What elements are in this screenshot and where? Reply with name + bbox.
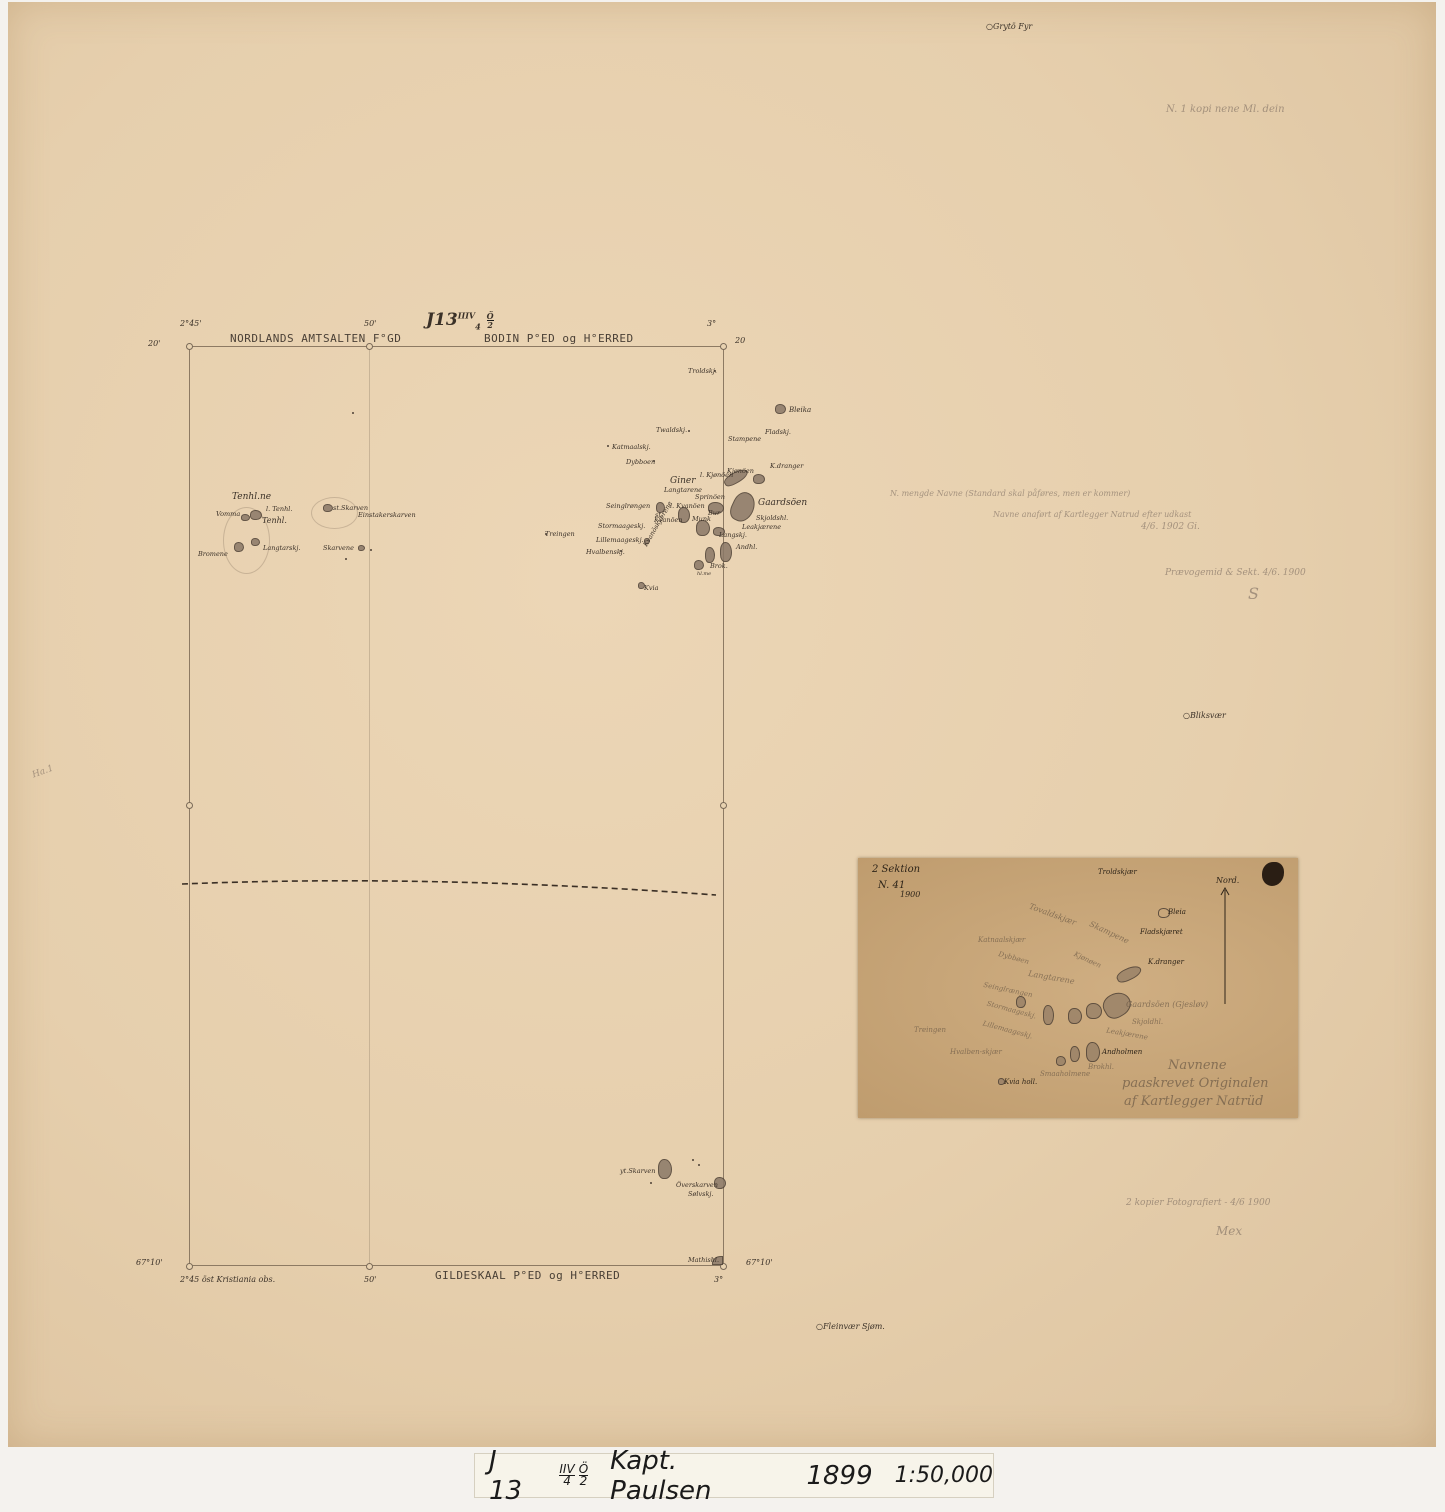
island-skarven (323, 504, 333, 512)
rock-dot (692, 1159, 694, 1161)
inset-label: Andholmen (1102, 1048, 1142, 1056)
inset-sketch-map: 2 Sektion N. 41 1900 Nord. Troldskjær Bl… (858, 858, 1298, 1118)
inset-label: Treingen (914, 1026, 946, 1034)
rock-dot (688, 430, 690, 432)
region-gildeskaal: GILDESKAAL P°ED og H°ERRED (435, 1269, 620, 1282)
inset-label: Fladskjæret (1140, 928, 1183, 936)
pencil-note-natrud: Navne anaført af Kartlegger Natrud efter… (993, 510, 1191, 519)
lat-label-bottom-right: 67°10' (746, 1258, 773, 1267)
inset-note: af Kartlegger Natrüd (1124, 1094, 1263, 1109)
inset-label: Dybbøen (997, 950, 1029, 966)
label-tenhl: Tenhl. (262, 516, 287, 525)
island-bleika (775, 404, 786, 414)
label-sprinoen: Sprinöen (695, 493, 725, 501)
rock-dot (698, 1164, 700, 1166)
label-l-kvanoen: l. Kvanöen (670, 502, 705, 510)
label-treingen: Treingen (545, 530, 575, 538)
place-gryto: ○Grytö Fyr (986, 22, 1032, 31)
lat-label-bottom-left: 67°10' (136, 1258, 163, 1267)
label-langtarskj: Langtarskj. (263, 544, 301, 552)
island-kdranger (753, 474, 765, 484)
inset-label: Skjoldhl. (1132, 1018, 1163, 1026)
inset-label: Seinglrængen (983, 981, 1034, 999)
label-brok: Brok. (710, 562, 728, 570)
inset-year: 1900 (900, 890, 920, 899)
inset-island (1068, 1008, 1082, 1024)
label-yt-skarven: yt.Skarven (620, 1167, 655, 1175)
pencil-note-copy: N. 1 kopi nene Ml. dein (1166, 104, 1285, 115)
inset-label: Bleia (1168, 908, 1186, 916)
pencil-initials: S (1248, 584, 1259, 603)
rock-dot (607, 445, 609, 447)
inset-label: Smaaholmene (1040, 1070, 1090, 1078)
label-stormaageskj: Stormaageskj. (598, 522, 645, 530)
label-twaldskj: Twaldskj. (656, 426, 687, 434)
label-year: 1899 (806, 1461, 872, 1491)
pencil-note-photographed: 2 kopier Fotografiert - 4/6 1900 (1126, 1198, 1270, 1208)
label-skjoldshl: Skjoldshl. (756, 514, 788, 522)
inset-note: paaskrevet Originalen (1122, 1076, 1269, 1091)
label-holmene: hl.me (697, 571, 711, 577)
label-bromene: Bromene (198, 550, 228, 558)
label-scale: 1:50,000 (895, 1463, 993, 1488)
inset-label: Troldskjær (1098, 868, 1137, 876)
label-code: J 13 (489, 1446, 537, 1506)
label-stampene: Stampene (728, 435, 761, 443)
lon-label-bottom-245: 2°45 öst Kristiania obs. (180, 1275, 275, 1284)
place-blikvaer: ○Bliksvær (1183, 711, 1226, 720)
label-tenholmene: Tenhl.ne (232, 492, 271, 502)
label-overskarven: Överskarven (676, 1181, 718, 1189)
inset-island-kjonoen (1115, 963, 1144, 985)
label-author: Kapt. Paulsen (610, 1446, 784, 1506)
inset-label: Skampene (1088, 919, 1130, 945)
label-kjonoen: Kjønöen (727, 467, 754, 475)
island (705, 547, 715, 563)
lon-label-bottom-3: 3° (714, 1275, 723, 1284)
label-fladskj: Fladskj. (765, 428, 791, 436)
label-gaardsoen: Gaardsöen (758, 498, 807, 508)
label-troldskj: Troldskj. (688, 367, 717, 375)
shoal-outline (311, 497, 358, 529)
map-sheet: 2°45' 50' 3° 20' 20 J13IIIV4 Ö2 NORDLAND… (8, 2, 1436, 1447)
rock-dot (352, 412, 354, 414)
rock-dot (370, 549, 372, 551)
label-einstakerskarven: Einstakerskarven (358, 511, 416, 519)
island-skarvene (358, 545, 365, 551)
north-arrow-icon (1218, 886, 1232, 1006)
place-fleinvaer: ○Fleinvær Sjøm. (816, 1322, 885, 1331)
label-leakjaerene: Leakjærene (742, 523, 781, 531)
label-katmaalskj: Katmaalskj. (612, 443, 651, 451)
inset-note: Navnene (1168, 1058, 1227, 1073)
label-andhl: Andhl. (736, 543, 757, 551)
inset-label: Kjønøen (1073, 950, 1103, 970)
inset-island (1086, 1003, 1102, 1019)
ink-blot (1262, 862, 1284, 886)
label-solvskj: Sølvskj. (688, 1190, 713, 1198)
inset-north-label: Nord. (1216, 876, 1239, 885)
pencil-signature: Mex (1216, 1224, 1242, 1238)
label-seinglrongen: Seinglrøngen (606, 502, 650, 510)
label-kvia: Kvia (644, 584, 658, 592)
lon-label-bottom-50: 50' (364, 1275, 376, 1284)
inset-label: Katnaalskjær (978, 936, 1025, 944)
island-andhl (720, 542, 732, 562)
label-hvalbenskj: Hvalbenskj. (586, 548, 625, 556)
inset-label: Brokhl. (1088, 1063, 1114, 1071)
island-brok (694, 560, 704, 570)
island-langtarskj (251, 538, 260, 546)
inset-island-andholmen (1086, 1042, 1100, 1062)
label-skarvene: Skarvene (323, 544, 354, 552)
label-l-tenhl: l. Tenhl. (266, 505, 292, 513)
label-lillemaageskj: Lillemaageskj. (596, 536, 644, 544)
island-tenholmene (250, 510, 262, 520)
inset-header: 2 Sektion (872, 864, 920, 875)
inset-island (1056, 1056, 1066, 1066)
inset-label: Gaardsöen (Gjesløv) (1126, 1000, 1208, 1009)
rock-dot (345, 558, 347, 560)
label-munk: Munk (692, 515, 711, 523)
label-kdranger: K.dranger (770, 462, 803, 470)
inset-label: Kvia holl. (1004, 1078, 1037, 1086)
inset-label: Stormaageskj. (986, 1000, 1037, 1021)
label-dybboen: Dybboen (626, 458, 655, 466)
pencil-note-approval: Prævogemid & Sekt. 4/6. 1900 (1165, 568, 1306, 578)
inset-label: Hvalben-skjær (950, 1048, 1002, 1056)
label-bleika: Bleika (789, 406, 811, 414)
label-vomma: Vomma (216, 510, 240, 518)
pencil-note-date: 4/6. 1902 Gi. (1141, 522, 1200, 532)
island-bromene (234, 542, 244, 552)
catalog-label-strip: J 13 IIV4 Ö2 Kapt. Paulsen 1899 1:50,000 (474, 1453, 994, 1498)
inset-label: Leakjærene (1106, 1026, 1149, 1041)
label-giner: Giner (670, 476, 696, 486)
label-langskj: Langskj. (719, 531, 747, 539)
inset-island-kvanoen (1043, 1005, 1054, 1025)
inset-label: K.dranger (1148, 958, 1184, 966)
inset-island (1070, 1046, 1080, 1062)
inset-label: Langtarene (1028, 969, 1076, 986)
label-fractions: IIV4 Ö2 (559, 1464, 588, 1487)
inset-label: Tovaldskjær (1028, 902, 1077, 927)
label-mathishl: Mathishl. (688, 1256, 719, 1264)
island-yt-skarven (658, 1159, 672, 1179)
pencil-note-names: N. mengde Navne (Standard skal påføres, … (890, 489, 1130, 498)
island (241, 514, 250, 521)
rock-dot (650, 1182, 652, 1184)
inset-label: Lillemaageskj. (982, 1019, 1034, 1040)
